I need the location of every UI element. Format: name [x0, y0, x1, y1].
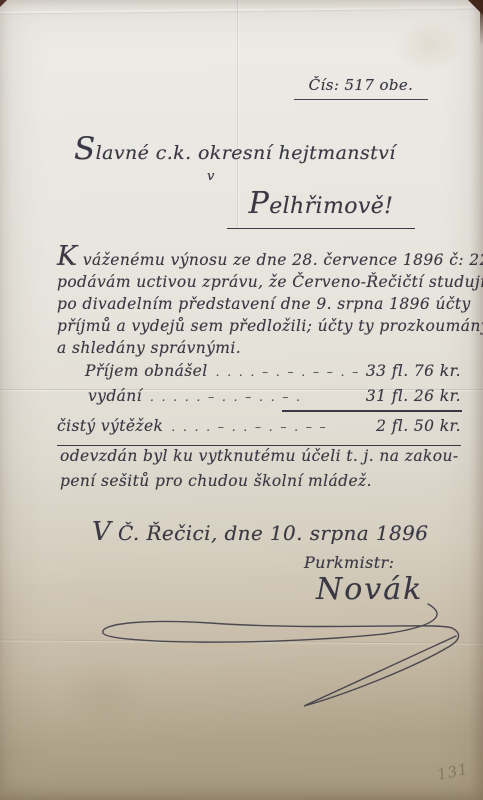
- body-line: podávám uctivou zprávu, že Červeno-Řečič…: [57, 271, 469, 293]
- addressee-line: Slavné c.k. okresní hejtmanství: [74, 131, 396, 167]
- sum-rule: [282, 410, 462, 412]
- closing-paragraph: odevzdán byl ku vytknutému účeli t. j. n…: [60, 444, 459, 494]
- account-label: vydání: [88, 387, 142, 405]
- account-amount: 31 fl. 26 kr.: [366, 387, 461, 405]
- addressee-place: Pelhřimově!: [227, 186, 415, 229]
- closing-line: pení sešitů pro chudou školní mládež.: [60, 469, 459, 494]
- signature-title: Purkmistr:: [304, 553, 394, 572]
- dot-leaders: . . . . – . . – . – . – –: [163, 420, 376, 434]
- document-photo: Čís: 517 obe. Slavné c.k. okresní hejtma…: [0, 0, 483, 800]
- body-paragraph: K váženému výnosu ze dne 28. července 18…: [57, 246, 469, 359]
- account-amount: 33 fl. 76 kr.: [366, 362, 461, 380]
- addressee-preposition: v: [207, 169, 215, 184]
- account-label: čistý výtěžek: [57, 417, 163, 435]
- account-amount: 2 fl. 50 kr.: [376, 417, 461, 435]
- dateline: V Č. Řečici, dne 10. srpna 1896: [92, 517, 428, 547]
- account-row-total: čistý výtěžek . . . . – . . – . – . – – …: [57, 417, 461, 446]
- reference-number: Čís: 517 obe.: [294, 76, 428, 100]
- photo-corner-shadow: [0, 0, 7, 7]
- accounts-table: Příjem obnášel . . . . – . – . – – . – –…: [57, 362, 461, 412]
- closing-line: odevzdán byl ku vytknutému účeli t. j. n…: [60, 444, 459, 469]
- archive-page-number: 131: [435, 760, 470, 784]
- body-line: po divadelním představení dne 9. srpna 1…: [57, 293, 469, 315]
- dot-leaders: . . . . . – . . – . . – .: [142, 390, 366, 404]
- body-line: a shledány správnými.: [57, 337, 469, 359]
- body-line: K váženému výnosu ze dne 28. července 18…: [57, 246, 469, 271]
- paper-stain: [395, 18, 465, 73]
- body-line: příjmů a vydejů sem předložili; účty ty …: [57, 315, 469, 337]
- paper-crease: [0, 6, 483, 13]
- account-row-expense: vydání . . . . . – . . – . . – . 31 fl. …: [57, 387, 461, 412]
- account-label: Příjem obnášel: [85, 362, 208, 380]
- accounts-total: čistý výtěžek . . . . – . . – . – . – – …: [57, 417, 461, 446]
- signature-flourish: [88, 598, 468, 716]
- account-row-income: Příjem obnášel . . . . – . – . – – . – –…: [57, 362, 461, 387]
- dot-leaders: . . . . – . – . – – . – –: [208, 365, 366, 379]
